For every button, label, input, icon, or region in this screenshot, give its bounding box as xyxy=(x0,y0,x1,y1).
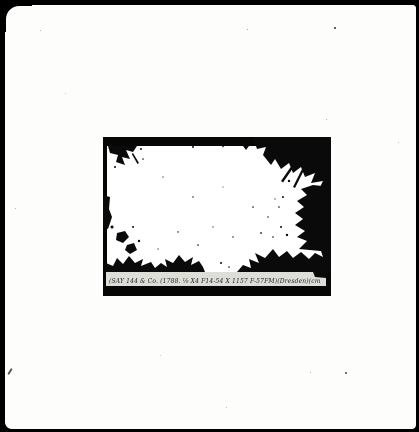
scratch-mark xyxy=(7,368,12,375)
dust-speck xyxy=(160,355,161,356)
scan-border-corner xyxy=(1,1,32,32)
dust-speck xyxy=(247,29,248,30)
photo-emulsion-artwork xyxy=(103,137,331,296)
photo-caption: (SAY 144 & Co. (1788. ⅛ X4 F14-54 X 1157… xyxy=(109,276,321,287)
dust-speck xyxy=(226,407,227,408)
scanned-page: (SAY 144 & Co. (1788. ⅛ X4 F14-54 X 1157… xyxy=(0,0,419,432)
paper-background: (SAY 144 & Co. (1788. ⅛ X4 F14-54 X 1157… xyxy=(5,5,416,429)
dust-speck xyxy=(65,93,66,94)
dust-speck xyxy=(334,27,336,29)
dust-speck xyxy=(398,142,399,143)
dust-speck xyxy=(310,372,311,373)
dust-speck xyxy=(40,30,41,31)
photographic-print: (SAY 144 & Co. (1788. ⅛ X4 F14-54 X 1157… xyxy=(103,137,331,296)
dust-speck xyxy=(326,119,327,120)
dust-speck xyxy=(345,372,347,374)
dust-speck xyxy=(15,208,16,209)
